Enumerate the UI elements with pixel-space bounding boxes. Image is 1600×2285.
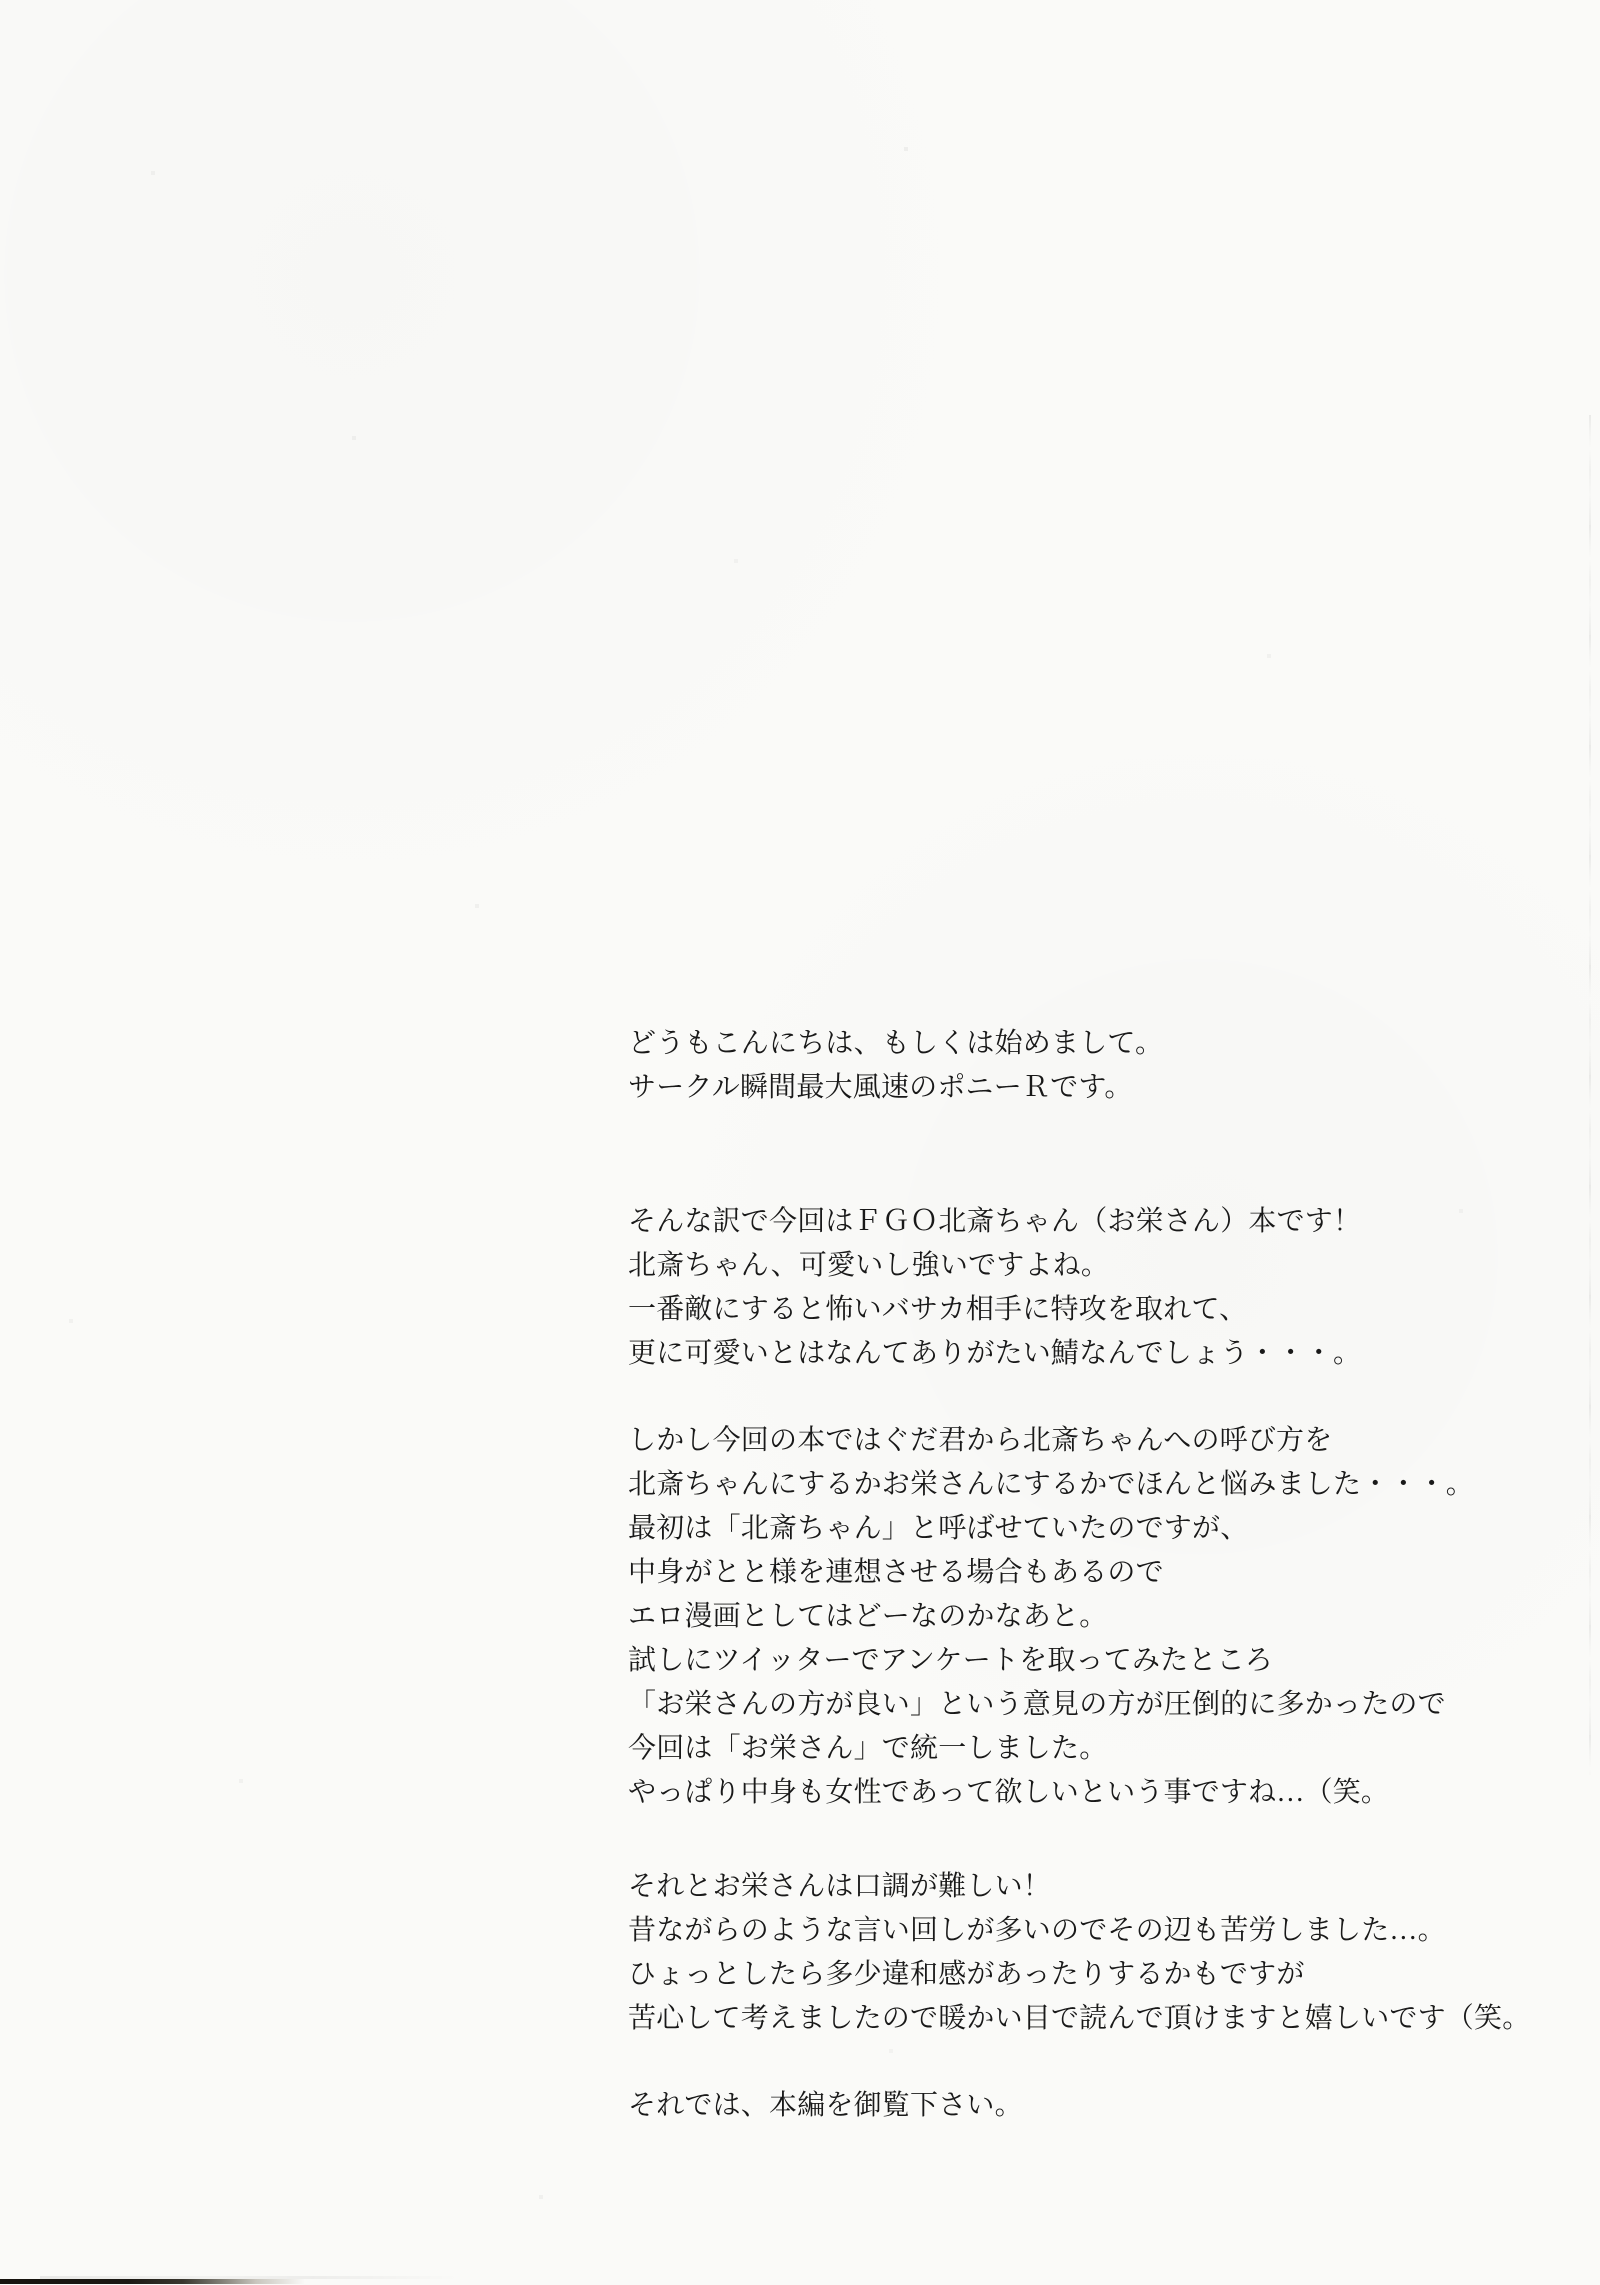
scanned-afterword-page: どうもこんにちは、もしくは始めまして。 サークル瞬間最大風速のポニーＲです。 そ… bbox=[0, 0, 1600, 2285]
afterword-paragraph-speech-style: それとお栄さんは口調が難しい！ 昔ながらのような言い回しが多いのでその辺も苦労し… bbox=[628, 1865, 1530, 2041]
afterword-text-block: どうもこんにちは、もしくは始めまして。 サークル瞬間最大風速のポニーＲです。 そ… bbox=[0, 0, 1600, 2285]
afterword-paragraph-book-intro: そんな訳で今回はＦＧＯ北斎ちゃん（お栄さん）本です！ 北斎ちゃん、可愛いし強いで… bbox=[628, 1200, 1361, 1376]
scan-artifact-bottom-strip bbox=[0, 2279, 305, 2284]
paper-noise-specks bbox=[0, 0, 2, 2]
afterword-paragraph-naming-discussion: しかし今回の本ではぐだ君から北斎ちゃんへの呼び方を 北斎ちゃんにするかお栄さんに… bbox=[628, 1419, 1474, 1815]
afterword-paragraph-closing: それでは、本編を御覧下さい。 bbox=[628, 2084, 1023, 2128]
scan-artifact-right-edge-line bbox=[1589, 415, 1591, 1775]
afterword-paragraph-greeting: どうもこんにちは、もしくは始めまして。 サークル瞬間最大風速のポニーＲです。 bbox=[628, 1022, 1163, 1110]
